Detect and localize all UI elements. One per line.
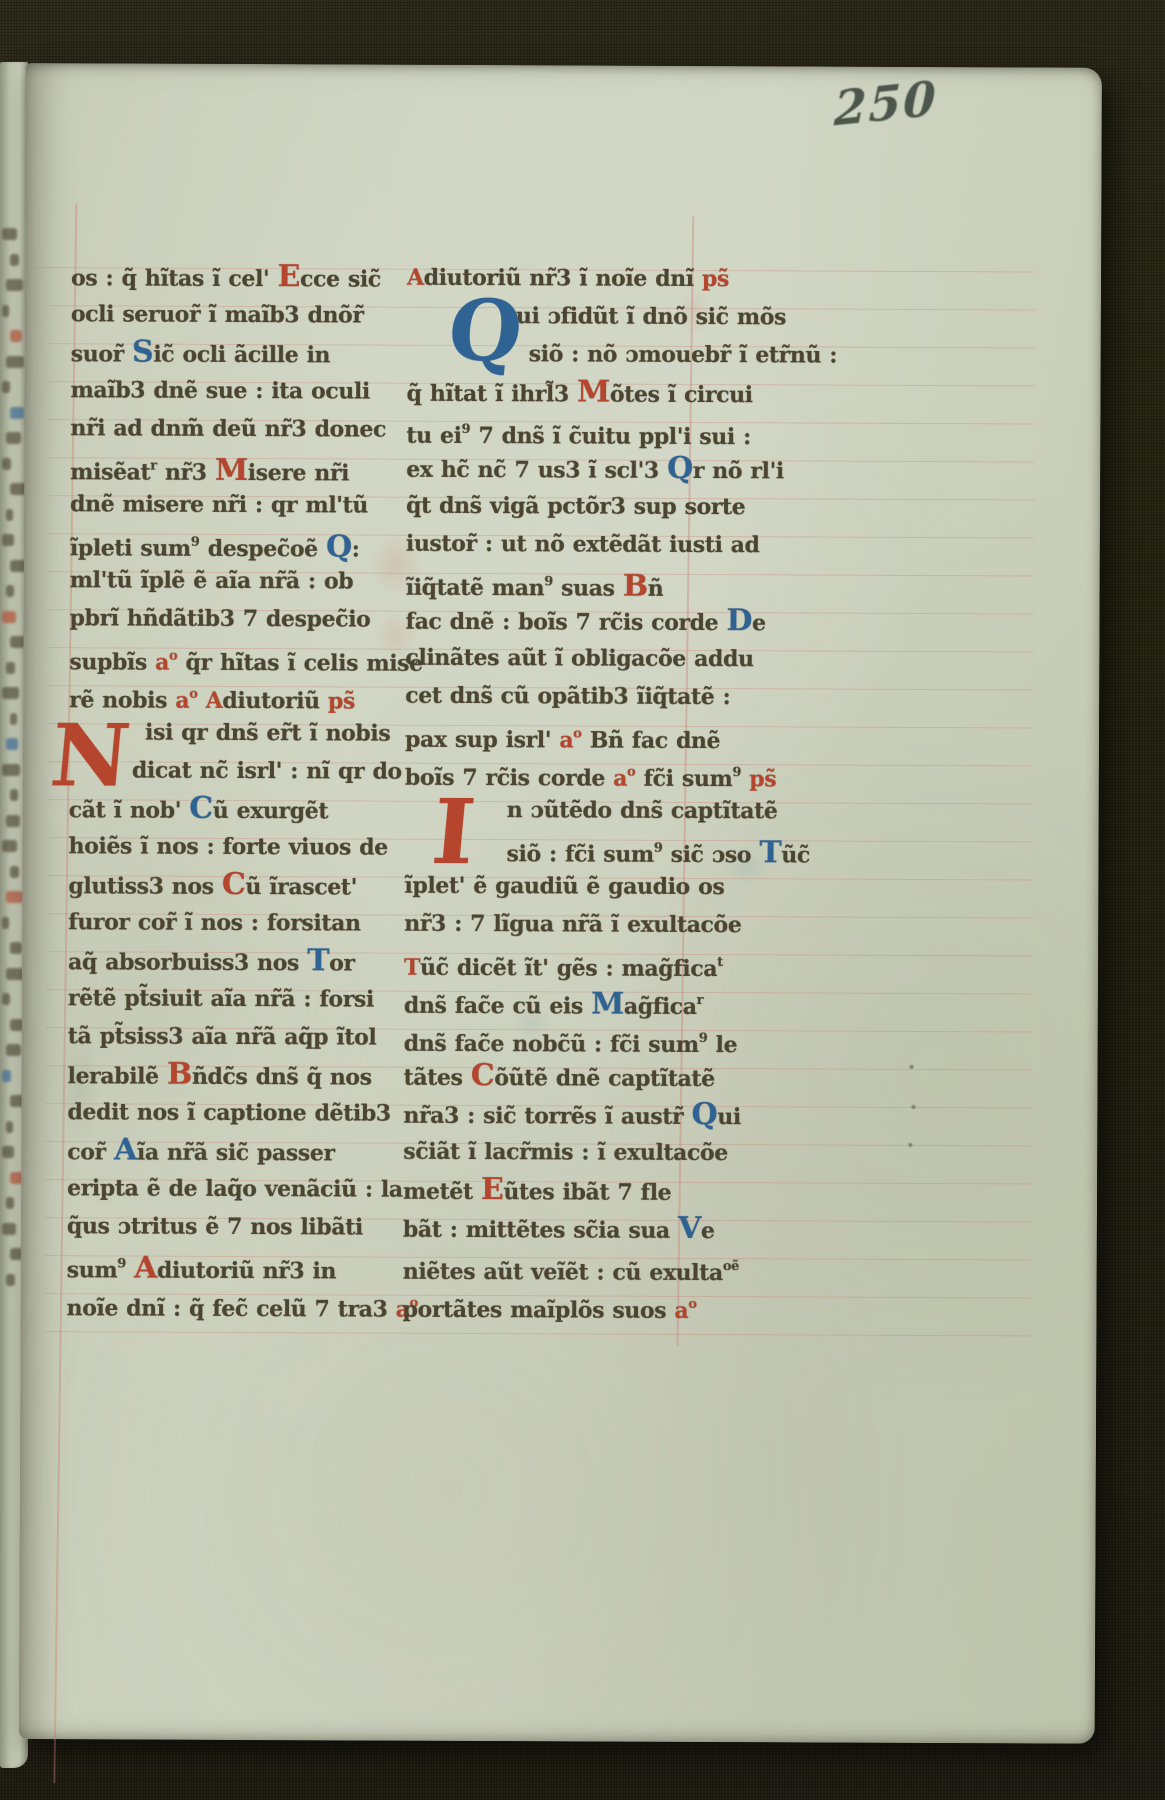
inline-initial: Q [691,1097,717,1132]
text-line: sc̃iãt ĩ lacr̃mis : ĩ exultacõe [403,1133,717,1172]
text-line: cet dns̃ cũ opãtib3 ĩiq̃tatẽ : [405,677,719,716]
text-line: metẽt Eũtes ibãt 7 fle [403,1171,717,1210]
text-segment: nr̃3 : 7 lĩgua nr̃ã ĩ exultacõe [404,911,741,938]
text-segment: 9 [462,422,471,437]
text-segment: ps̃ [749,766,776,792]
inline-initial: V [678,1211,701,1246]
text-segment: iustor̃ : ut nõ extẽdãt iusti ad [406,531,760,559]
inline-initial: Q [667,451,693,486]
text-segment: maĩb3 dnẽ sue : ita oculi [71,377,370,404]
text-segment: T [404,955,420,981]
text-segment: niẽtes aũt veĩẽt : cũ exulta [403,1259,723,1286]
text-line: Tũc̃ dicẽt ĩt' gẽs : mag̃ficat [404,943,718,982]
text-segment: siõ : fc̃i sum [506,841,653,868]
text-segment: ũtes ibãt 7 fle [503,1179,671,1206]
text-line: suor̃ Sic̃ ocli ãcille in [71,333,405,372]
text-segment: : [352,536,360,562]
text-segment: pax sup isrl' [405,727,559,754]
text-segment: cor̃ [67,1139,114,1165]
text-segment: A [407,265,424,291]
text-line: pax sup isrl' ao Bñ fac dnẽ [405,715,719,754]
text-segment: q̃t dns̃ vigã pctõr3 sup sorte [406,493,745,520]
inline-initial: M [591,987,624,1022]
edge-text-fragment [6,1274,15,1286]
text-segment: isere nr̃i [248,460,349,486]
text-segment: or [329,950,355,976]
text-segment: ũ ĩrascet' [245,874,357,900]
edge-text-fragment [2,764,20,776]
inline-initial: S [132,335,153,370]
text-segment: dns̃ fac̃e cũ eis [404,993,591,1020]
text-line: pbrĩ hñdãtib3 7 despec̃io [69,599,403,638]
text-segment: tãtes [404,1065,471,1091]
text-line: noĩe dnĩ : q̃ fec̃ celũ 7 tra3 ao [67,1283,401,1322]
text-segment: r nõ rl'i [693,458,784,484]
text-line: ĩiq̃tatẽ man9 suas Bñ [406,563,720,602]
text-segment: tã pt̃siss3 aĩa nr̃ã aq̃p ĩtol [68,1023,377,1050]
text-segment: a [175,688,189,714]
text-segment: cet dns̃ cũ opãtib3 ĩiq̃tatẽ : [405,683,730,710]
text-line: ocli seruor̃ ĩ maĩb3 dnõr̃ [71,295,405,334]
text-segment: 9 [191,535,200,550]
text-segment: diutoriũ nr̃3 in [157,1258,336,1285]
edge-text-fragment [2,1070,11,1082]
text-line: q̃us ɔtritus ẽ 7 nos libãti [67,1207,401,1246]
edge-text-fragment [2,1146,14,1158]
text-segment: a [674,1298,688,1324]
edge-text-fragment [6,738,18,750]
text-segment: dns̃ fac̃e nobc̃ũ : fc̃i sum [404,1031,699,1058]
text-line: glutiss3 nos Cũ ĩrascet' [68,865,402,904]
edge-text-fragment [6,1044,21,1056]
text-line: q̃t dns̃ vigã pctõr3 sup sorte [406,487,720,526]
ruling-line-horizontal [44,1331,1030,1336]
text-line: supbĩs ao q̃r hĩtas ĩ celis mise [69,637,403,676]
edge-text-fragment [6,432,21,444]
text-segment: ĩiq̃tatẽ man [406,575,545,602]
text-segment: ps̃ [328,688,355,714]
text-segment: aq̃ absorbuiss3 nos [68,949,307,976]
text-segment: pbrĩ hñdãtib3 7 despec̃io [70,605,371,632]
edge-text-fragment [6,585,14,597]
edge-text-fragment [2,381,10,393]
text-segment: a [613,766,627,792]
text-segment: ĩa nr̃ã sic̃ passer [137,1140,335,1167]
text-segment: ocli seruor̃ ĩ maĩb3 dnõr̃ [71,301,364,328]
text-line: sum9 Adiutoriũ nr̃3 in [67,1245,401,1284]
edge-text-fragment [6,891,23,903]
text-line: aq̃ absorbuiss3 nos Tor [68,941,402,980]
edge-text-fragment [10,942,22,954]
text-segment: cce sic̃ [300,266,381,292]
text-line: bãt : mittẽtes sc̃ia sua Ve [403,1209,717,1248]
ink-dot [911,1105,915,1109]
inline-initial: B [167,1057,192,1092]
edge-text-fragment [2,305,9,317]
text-line: ĩpleti sum9 despec̃oẽ Q: [70,523,404,562]
text-segment: nr̃3 [157,460,215,486]
inline-initial: M [215,453,248,488]
text-segment: fc̃i sum [635,766,732,792]
text-line: eripta ẽ de laq̃o venãciũ : la [67,1169,401,1208]
edge-text-fragment [2,1223,16,1235]
text-segment: diutoriũ [222,688,328,714]
inline-initial: A [114,1132,137,1167]
text-segment: o [169,649,177,664]
text-segment: o [688,1297,696,1312]
manuscript-page: 250 os : q̃ hĩtas ĩ cel' Ecce sic̃ocli s… [19,63,1102,1744]
text-segment: metẽt [403,1179,481,1205]
folio-number: 250 [833,71,938,137]
text-line: tu ei9 7 dns̃ ĩ c̃uitu ppl'i sui : [406,411,720,450]
text-segment: 9 [699,1031,708,1046]
text-segment: misẽat [70,459,150,485]
text-segment: q̃r hĩtas ĩ celis mise [177,650,423,677]
text-segment: hoiẽs ĩ nos : forte viuos de [69,833,388,860]
text-segment: ñdc̃s dns̃ q̃ nos [192,1064,372,1091]
text-line: iustor̃ : ut nõ extẽdãt iusti ad [406,525,720,564]
text-segment: A [206,688,223,714]
edge-text-fragment [10,254,19,266]
text-line: dedit nos ĩ captione dẽtib3 [67,1093,401,1132]
edge-text-fragment [10,407,24,419]
text-segment: ps̃ [702,266,729,292]
text-segment: ui [717,1104,741,1130]
text-line: dnẽ misere nr̃i : qr ml'tũ [70,485,404,524]
text-segment: rẽtẽ pt̃siuit aĩa nr̃ã : forsi [68,985,374,1012]
text-segment: sum [67,1257,118,1283]
text-segment: nr̃a3 : sic̃ torrẽs ĩ austr̃ [403,1103,691,1130]
edge-text-fragment [10,713,17,725]
text-line: maĩb3 dnẽ sue : ita oculi [70,371,404,410]
edge-text-fragment [6,356,24,368]
ink-dot [910,1065,914,1069]
text-line: furor cor̃ ĩ nos : forsitan [68,903,402,942]
text-line: nr̃i ad dnm̃ deũ nr̃3 donec [70,409,404,448]
text-segment: ĩpleti sum [70,535,191,562]
inline-initial: T [759,835,781,870]
text-segment: 9 [544,574,553,589]
text-segment: 7 dns̃ ĩ c̃uitu ppl'i sui : [470,423,751,450]
text-line: nr̃a3 : sic̃ torrẽs ĩ austr̃ Qui [403,1095,717,1134]
text-segment: 9 [654,841,663,856]
edge-text-fragment [2,993,10,1005]
text-segment: siõ : nõ ɔmouebr̃ ĩ etr̃nũ : [529,341,837,368]
ruling-lines [26,63,1102,68]
inline-initial: C [471,1058,495,1093]
text-line: os : q̃ hĩtas ĩ cel' Ecce sic̃ [71,257,405,296]
text-segment: dicat nc̃ isrl' : nĩ qr do [132,758,402,785]
text-line: ml'tũ ĩplẽ ẽ aĩa nr̃ã : ob [70,561,404,600]
text-segment: clinãtes aũt ĩ obligacõe addu [405,645,753,673]
text-segment: dnẽ misere nr̃i : qr ml'tũ [70,491,368,518]
text-segment: le [707,1032,737,1058]
text-segment: bãt : mittẽtes sc̃ia sua [403,1217,678,1244]
drop-cap-initial: I [429,787,479,877]
text-segment: furor cor̃ ĩ nos : forsitan [68,909,360,936]
text-segment: noĩe dnĩ : q̃ fec̃ celũ 7 tra3 [67,1295,396,1322]
inline-initial: M [577,374,610,409]
inline-initial: B [623,569,648,604]
edge-text-fragment [2,917,9,929]
text-segment: ñ [648,576,664,602]
text-line: portãtes maĩplõs suos ao [403,1285,717,1324]
ink-dot [908,1143,912,1147]
text-line: nr̃3 : 7 lĩgua nr̃ã ĩ exultacõe [404,905,718,944]
text-segment: glutiss3 nos [68,873,222,900]
inline-initial: E [481,1172,504,1207]
edge-text-fragment [10,330,22,342]
text-segment: a [155,650,169,676]
text-segment: t [717,955,723,970]
inline-initial: E [278,259,301,294]
text-segment [197,688,205,714]
photograph-background: 250 os : q̃ hĩtas ĩ cel' Ecce sic̃ocli s… [0,0,1165,1800]
edge-text-fragment [6,279,23,291]
edge-text-fragment [10,789,18,801]
text-segment: eripta ẽ de laq̃o venãciũ : la [67,1175,403,1202]
text-segment: os : q̃ hĩtas ĩ cel' [71,265,278,292]
edge-text-fragment [10,866,19,878]
text-segment: oẽ [723,1259,739,1274]
edge-text-fragment [2,228,17,240]
text-segment: e [752,610,766,636]
text-segment: sc̃iãt ĩ lacr̃mis : ĩ exultacõe [403,1139,728,1166]
text-segment: r [697,993,704,1008]
edge-text-fragment [6,509,13,521]
inline-initial: Q [326,529,352,564]
text-segment: supbĩs [69,649,155,675]
edge-text-fragment [2,840,17,852]
edge-text-fragment [6,1197,14,1209]
text-line: lerabilẽ Bñdc̃s dns̃ q̃ nos [68,1055,402,1094]
text-segment: Bñ fac dnẽ [581,727,720,754]
text-segment: ml'tũ ĩplẽ ẽ aĩa nr̃ã : ob [70,567,354,594]
text-line: tãtes Cõũtẽ dnẽ captĩtatẽ [404,1057,718,1096]
text-line: misẽatr nr̃3 Misere nr̃i [70,447,404,486]
edge-text-fragment [2,458,11,470]
text-segment: 9 [117,1256,126,1271]
text-segment: portãtes maĩplõs suos [403,1297,675,1324]
text-segment: q̃us ɔtritus ẽ 7 nos libãti [67,1213,363,1240]
text-segment: sic̃ ɔso [662,842,759,868]
text-segment: q̃ hĩtat ĩ ihrl̃3 [407,381,578,408]
text-segment: tu ei [406,423,461,449]
edge-text-fragment [2,611,16,623]
inline-initial: T [307,943,329,978]
text-segment: 9 [732,765,741,780]
inline-initial: C [222,867,246,902]
text-segment: n ɔũtẽdo dns̃ captĩtatẽ [507,797,778,824]
text-segment: e [701,1218,715,1244]
text-segment: ũ exurgẽt [213,798,328,825]
text-segment: isi qr dns̃ er̃t ĩ nobis [145,720,390,747]
text-segment: suas [553,575,623,601]
text-segment: fac dnẽ : boĩs 7 rc̃is corde [406,609,727,636]
text-line: ex hc̃ nc̃ 7 us3 ĩ scl'3 Qr nõ rl'i [406,449,720,488]
edge-text-fragment [6,815,20,827]
edge-text-fragment [6,1121,13,1133]
text-segment: despec̃oẽ [199,536,326,563]
text-segment: ũc̃ dicẽt ĩt' gẽs : mag̃fica [420,955,717,982]
text-line: cor̃ Aĩa nr̃ã sic̃ passer [67,1131,401,1170]
text-segment: ũc̃ [781,842,810,868]
text-line: hoiẽs ĩ nos : forte viuos de [69,827,403,866]
text-segment: nr̃i ad dnm̃ deũ nr̃3 donec [70,415,386,442]
drop-cap-initial: Q [445,289,526,373]
text-segment: ex hc̃ nc̃ 7 us3 ĩ scl'3 [406,457,667,484]
inline-initial: D [726,603,752,638]
edge-text-fragment [6,662,15,674]
text-line: clinãtes aũt ĩ obligacõe addu [405,639,719,678]
edge-text-fragment [2,534,14,546]
text-line: niẽtes aũt veĩẽt : cũ exultaoẽ [403,1247,717,1286]
text-segment: ui ɔfidũt ĩ dnõ sic̃ mõs [516,303,786,330]
text-segment: ag̃fica [624,994,697,1020]
text-line: dns̃ fac̃e cũ eis Mag̃ficar [404,981,718,1020]
text-segment: a [559,727,573,753]
text-segment: õtes ĩ circui [610,382,753,409]
text-line: fac dnẽ : boĩs 7 rc̃is corde De [405,601,719,640]
text-line: dns̃ fac̃e nobc̃ũ : fc̃i sum9 le [404,1019,718,1058]
text-segment: dedit nos ĩ captione dẽtib3 [67,1099,390,1126]
text-segment: õũtẽ dnẽ captĩtatẽ [494,1065,715,1092]
text-segment: ic̃ ocli ãcille in [153,342,330,369]
text-line: rẽtẽ pt̃siuit aĩa nr̃ã : forsi [68,979,402,1018]
edge-text-fragment [2,687,19,699]
text-segment: suor̃ [71,341,132,367]
text-line: tã pt̃siss3 aĩa nr̃ã aq̃p ĩtol [68,1017,402,1056]
inline-initial: A [134,1251,157,1286]
drop-cap-initial: N [47,713,134,799]
inline-initial: C [189,791,213,826]
text-segment: lerabilẽ [68,1063,167,1089]
